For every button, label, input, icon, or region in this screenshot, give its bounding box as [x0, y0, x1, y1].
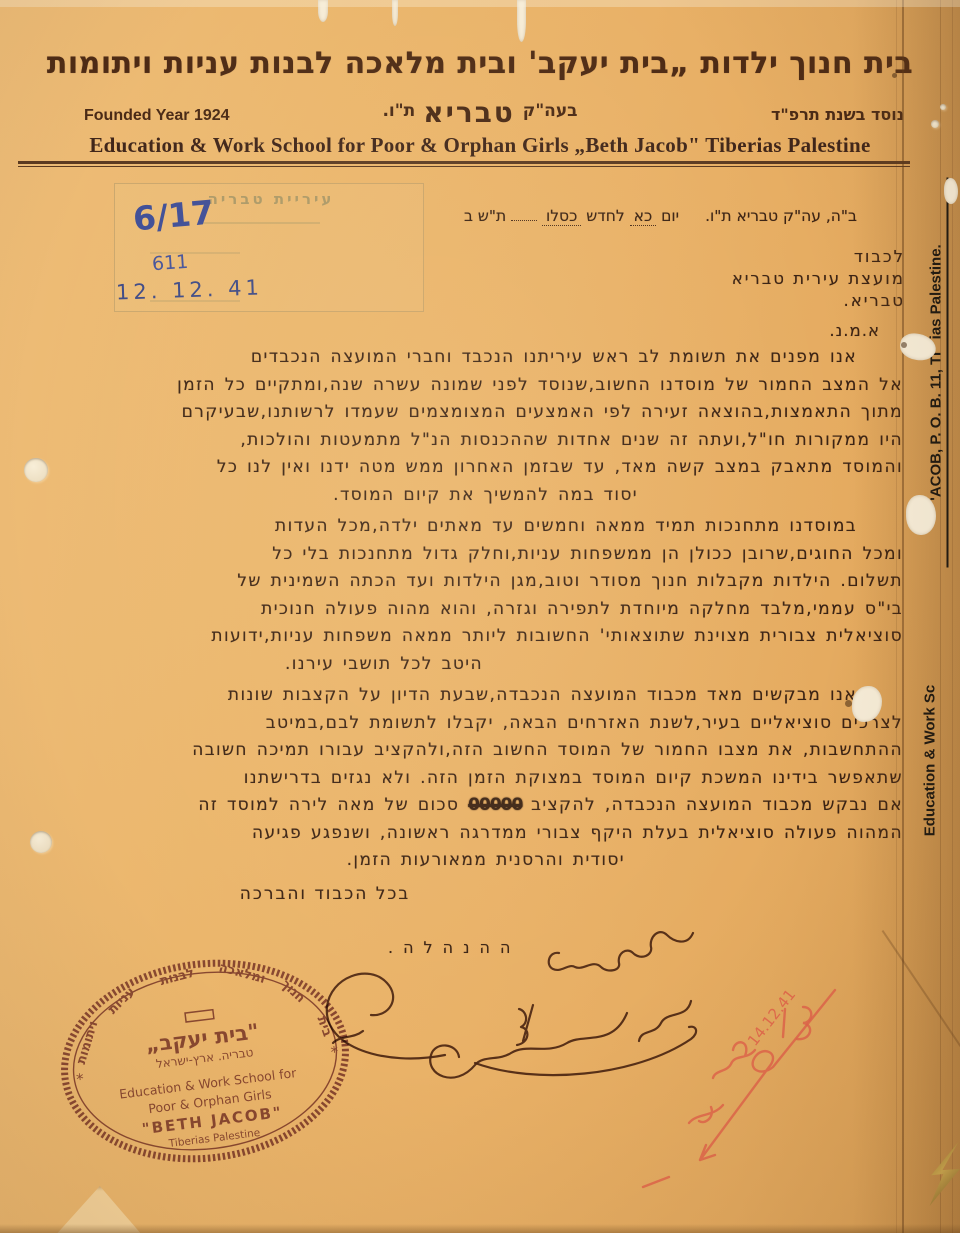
dateline-day: כא: [630, 207, 657, 226]
body-line: אנו מפנים את תשומת לב ראש עיריתנו הנכבד …: [22, 344, 903, 372]
punch-hole-left-1: [24, 458, 48, 482]
stamp-asterisk-right: *: [330, 1043, 340, 1062]
paper-speck: [892, 73, 897, 78]
struck-out-text: 00000: [468, 795, 522, 815]
metal-clip-bottom-right: [928, 1142, 960, 1206]
red-scribble-3: [689, 1105, 723, 1123]
dateline: ב"ה, עה"ק טבריא ת"ו.יום כא לחדש כסלו ת"ש…: [464, 207, 857, 225]
recipient-block: לכבוד מועצת עירית טבריא טבריא.: [732, 246, 905, 312]
bottom-edge-shadow: [0, 1224, 960, 1233]
body-line: יסוד במה להמשיך את קיום המוסד.: [22, 482, 903, 510]
body-line: במוסדנו מתחנכות תמיד ממאה וחמשים עד מאתי…: [22, 513, 903, 541]
stamp-arc-word: עניות: [105, 984, 138, 1017]
header-rule-thick: [18, 161, 910, 164]
punch-hole-left-2: [30, 831, 52, 853]
body-line: שתאפשר בידינו המשכת קיום המוסד במצוקת הז…: [22, 765, 903, 793]
body-line: והמוסד מתאבק במצב קשה מאד, עד שבזמן האחר…: [22, 454, 903, 482]
signature-2-marks: [517, 1005, 533, 1045]
body-line: היו ממקורות חו"ל,ועתה זה שנים אחדות שההכ…: [22, 427, 903, 455]
handwritten-ref-number-2: 611: [151, 251, 189, 275]
city-suffix: ת"ו.: [382, 101, 415, 121]
city-prefix: בעה"ק: [523, 101, 578, 121]
recipient-line: מועצת עירית טבריא: [732, 268, 905, 290]
red-dash: [643, 1177, 669, 1187]
crease-line: [896, 0, 897, 1233]
received-stamp-line: [200, 222, 320, 224]
paragraph-3: אנו מבקשים מאד מכבוד המועצה הנכבדה,שבעת …: [22, 682, 903, 875]
dateline-month: כסלו: [542, 207, 581, 226]
small-hole-top-right-1: [931, 120, 939, 128]
body-line: המהוה פעולה סוציאלית בעלת היקף צבורי ממד…: [22, 820, 903, 848]
diagonal-crease: [882, 930, 960, 1072]
edge-text-lower: Education & Work Sc: [922, 646, 939, 876]
closing-salute: בכל הכבוד והברכה: [0, 884, 650, 904]
body-line: אנו מבקשים מאד מכבוד המועצה הנכבדה,שבעת …: [22, 682, 903, 710]
header-rule-thin: [18, 166, 910, 167]
body-line: סוציאלית צבורית מצוינת שתוצאותי' החשובות…: [22, 623, 903, 651]
paragraph-1: אנו מפנים את תשומת לב ראש עיריתנו הנכבד …: [22, 344, 903, 509]
beth-jacob-oval-stamp: בית חנוך ומלאכה לבנות עניות ויתומות „בית…: [43, 939, 366, 1182]
body-line: ההתחשבות, את מצבו החמור של המוסד החשוב ה…: [22, 737, 903, 765]
red-annotation-date: 14.12.41: [744, 986, 799, 1050]
body-line: היטב לכל תושבי עירנו.: [22, 651, 903, 679]
dateline-day-label: יום: [661, 207, 679, 225]
paper-speck: [901, 342, 907, 348]
body-line-with-strike: אם נבקש מכבוד המועצה הנכבדה, להקציב 0000…: [22, 792, 903, 820]
recipient-line: טבריא.: [732, 290, 905, 312]
tear-right-3: [944, 178, 958, 204]
scanned-letter: בית חנוך ילדות „בית יעקב' ובית מלאכה לבנ…: [0, 0, 960, 1233]
letterhead-title-hebrew: בית חנוך ילדות „בית יעקב' ובית מלאכה לבנ…: [30, 46, 930, 81]
body-line: אל המצב החמור של מוסדנו החשוב,שנוסד לפני…: [22, 372, 903, 400]
city-name: טבריא: [423, 96, 515, 129]
handwritten-received-date: 12. 12. 41: [116, 275, 264, 304]
line-segment: אם נבקש מכבוד המועצה הנכבדה, להקציב: [522, 795, 903, 815]
dateline-year: ת"ש ב: [464, 207, 506, 225]
line-segment: סכום של מאה לירה למוסד זה: [198, 795, 468, 815]
letterhead-city-line: בעה"קטבריאת"ו.: [0, 96, 960, 129]
body-line: מתוך התאמצות,בהוצאה זעירה לפי האמצעים המ…: [22, 399, 903, 427]
crease-line: [902, 0, 904, 1233]
red-pencil-annotation: 14.12.41: [605, 955, 845, 1205]
dateline-dotted-blank: [511, 220, 537, 221]
body-line: לצרכים סוציאליים בעיר,לשנת האזרחים הבאה,…: [22, 710, 903, 738]
stamp-asterisk-left: *: [75, 1070, 85, 1089]
body-line: בי"ס עממי,מלבד מחלקה מיוחדת לתפירה וגזרה…: [22, 596, 903, 624]
body-line: יסודית והרסנית ממאורעות הזמן.: [22, 847, 903, 875]
letter-body: אנו מפנים את תשומת לב ראש עיריתנו הנכבד …: [22, 344, 903, 879]
body-line: תשלום. הילדות מקבלות חנוך מסודר וטוב,מגן…: [22, 568, 903, 596]
tear-right-2: [906, 495, 936, 535]
dateline-month-label: לחדש: [586, 207, 624, 225]
letterhead-title-english: Education & Work School for Poor & Orpha…: [0, 133, 960, 158]
red-scribble-2: [713, 1042, 755, 1078]
body-line: ומכל החוגים,שרובן ככולן הן ממשפחות עניות…: [22, 541, 903, 569]
small-hole-top-right-2: [940, 104, 946, 110]
salutation: א.מ.נ.: [829, 321, 880, 340]
paper-speck: [845, 700, 852, 707]
dateline-bh: ב"ה, עה"ק טבריא ת"ו.: [705, 207, 857, 225]
recipient-line: לכבוד: [732, 246, 905, 268]
paragraph-2: במוסדנו מתחנכות תמיד ממאה וחמשים עד מאתי…: [22, 513, 903, 678]
stamp-arc-word: בית: [314, 1014, 335, 1038]
handwritten-ref-number: 6/17: [131, 193, 215, 239]
top-edge-highlight: [0, 0, 960, 7]
